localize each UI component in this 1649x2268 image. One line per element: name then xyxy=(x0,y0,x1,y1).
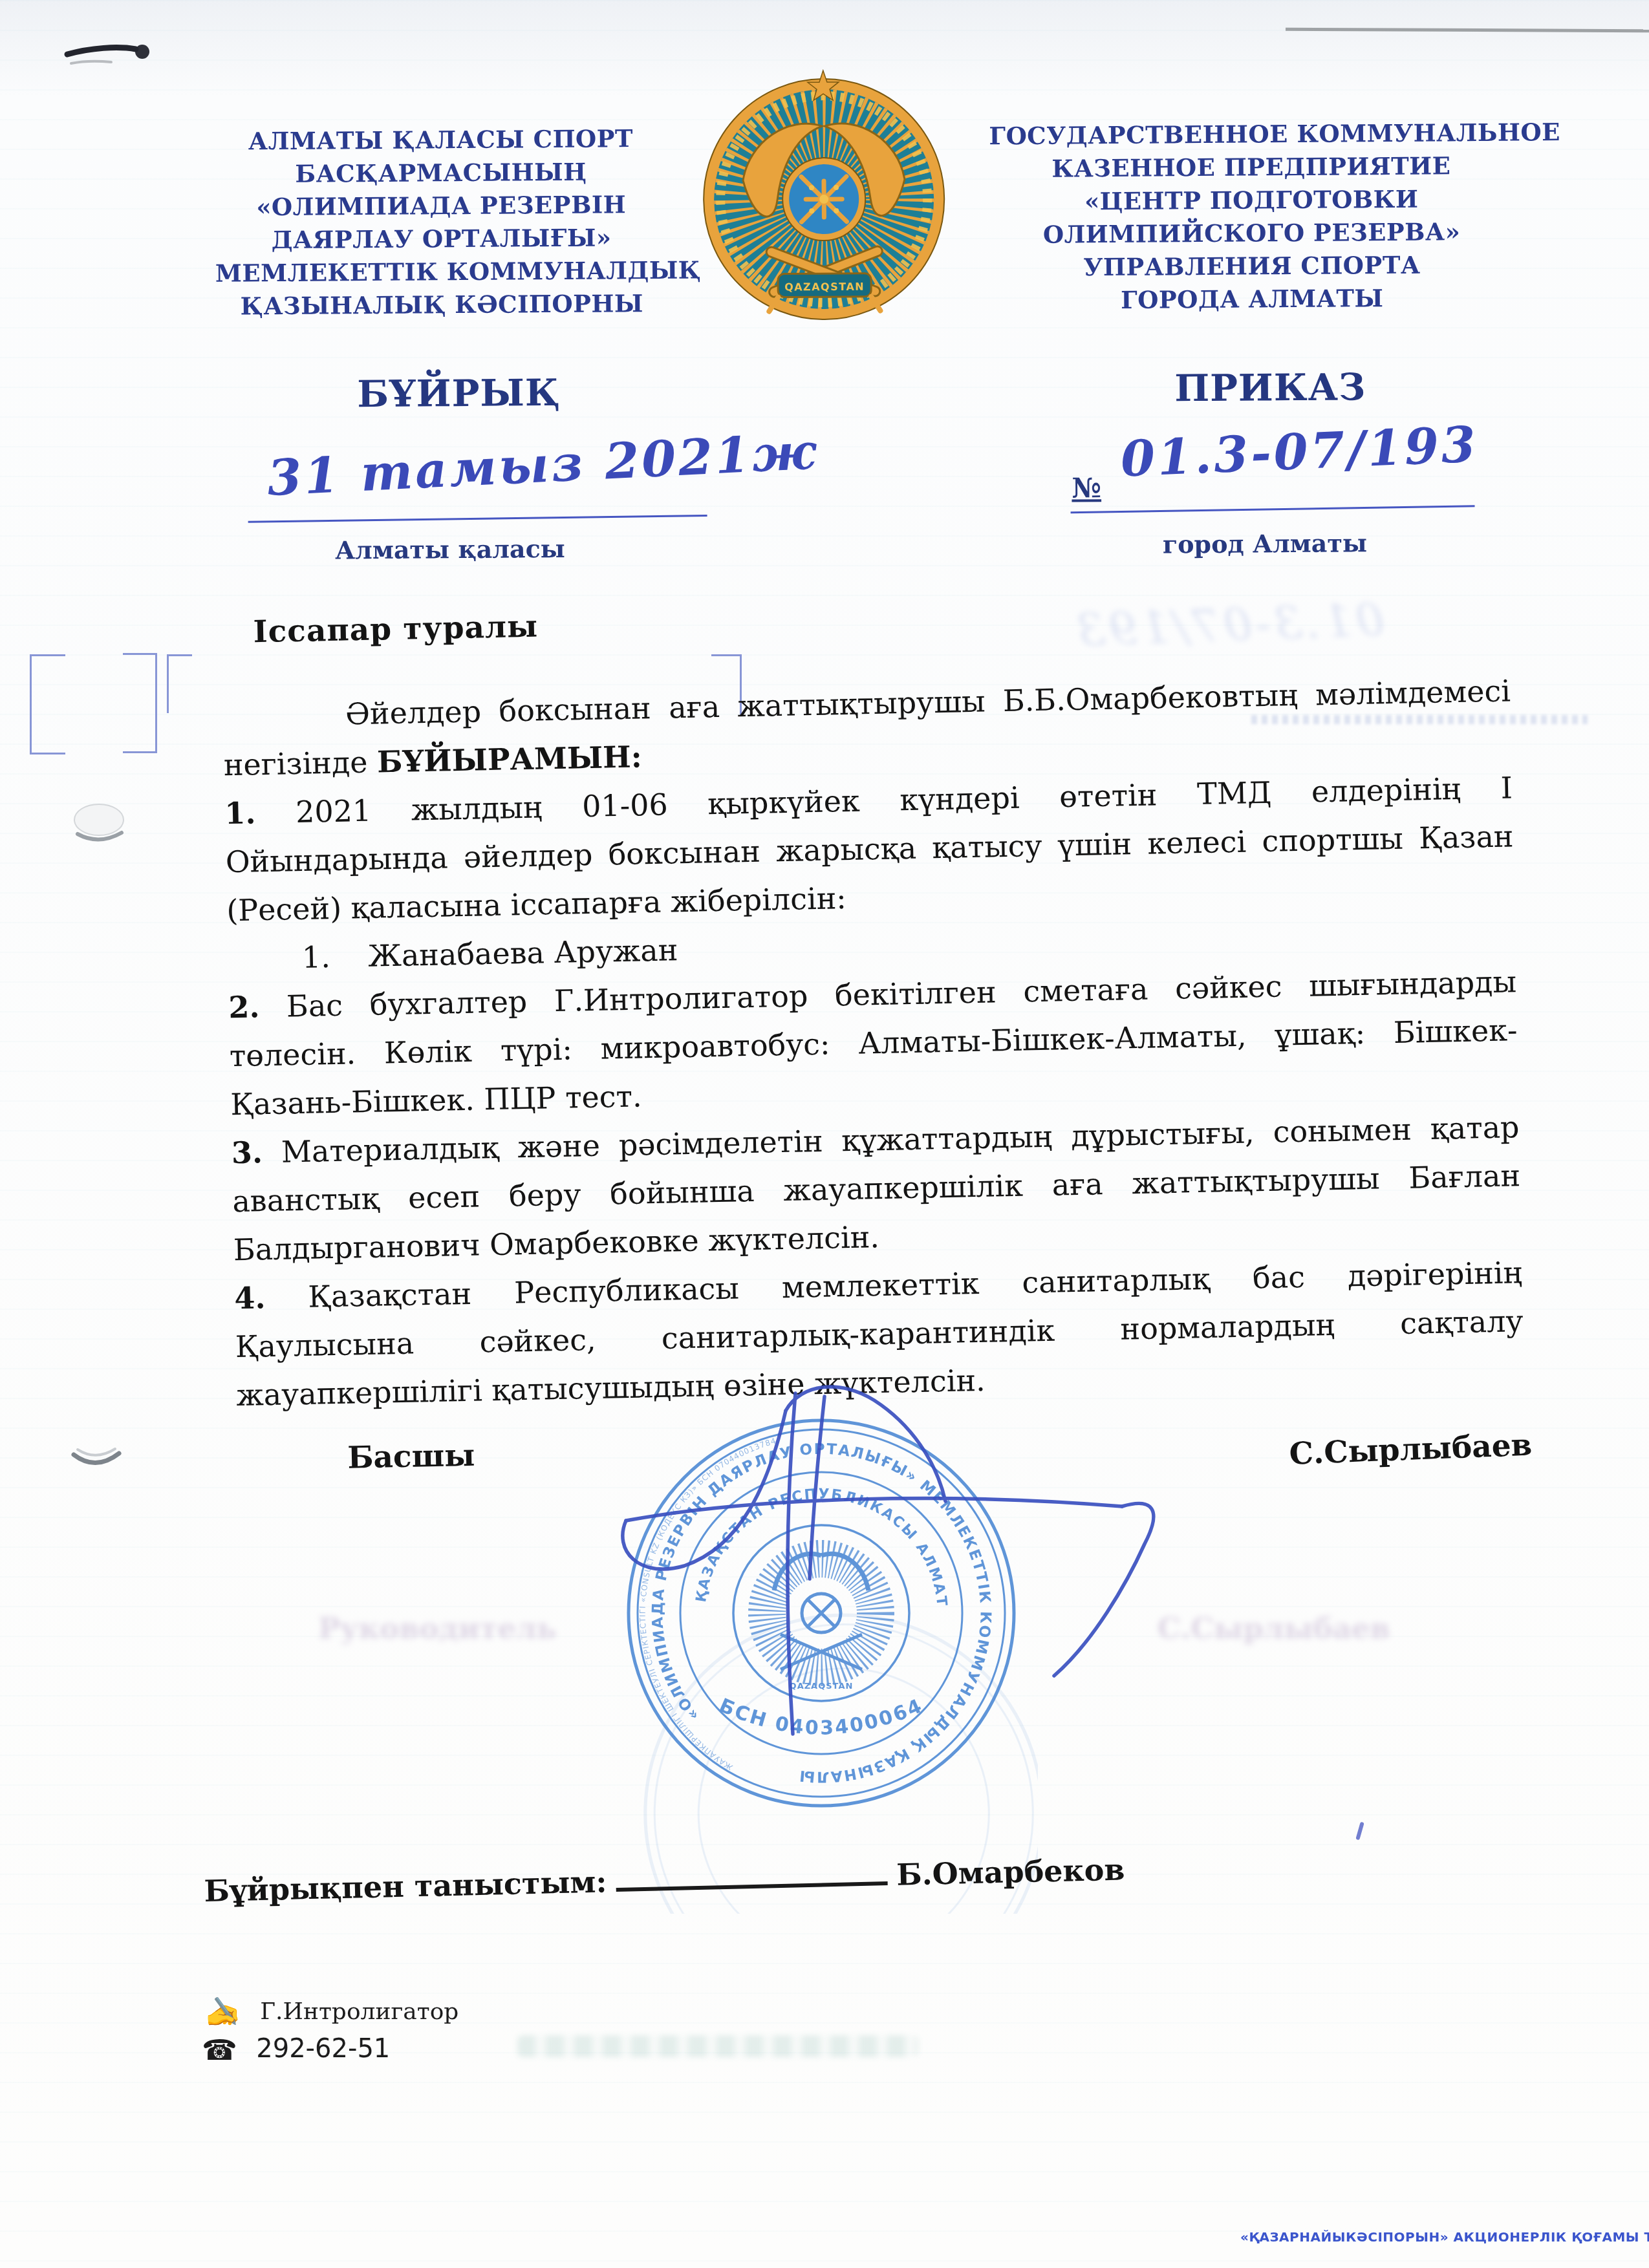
body-text: Қазань-Бішкек. ПЦР тест. xyxy=(230,1078,642,1122)
order-body: Әйелдер боксынан аға жаттықтырушы Б.Б.Ом… xyxy=(222,667,1525,1420)
body-text: Балдырганович Омарбековке жүктелсін. xyxy=(233,1219,879,1267)
scanned-order-document: АЛМАТЫ ҚАЛАСЫ СПОРТБАСҚАРМАСЫНЫҢ«ОЛИМПИА… xyxy=(0,0,1649,2268)
telephone-icon: ☎ xyxy=(202,2034,237,2067)
bleed-through-word: Руководитель xyxy=(318,1611,557,1645)
acknowledged-by-name: Б.Омарбеков xyxy=(896,1852,1125,1892)
signer-name: С.Сырлыбаев xyxy=(1289,1428,1533,1472)
pen-tick-mark xyxy=(1355,1822,1364,1841)
signature-autograph xyxy=(601,1371,1222,1771)
body-text-bold: 2. xyxy=(228,989,260,1025)
body-text-bold: 3. xyxy=(231,1135,263,1170)
form-printer-imprint: «ҚАЗАРНАЙЫКӘСІПОРЫН» АКЦИОНЕРЛІК ҚОҒАМЫ … xyxy=(1240,2229,1649,2245)
body-text-bold: БҰЙЫРАМЫН: xyxy=(377,739,643,779)
bleed-through-band xyxy=(517,2035,918,2057)
body-text-bold: 1. xyxy=(224,795,256,831)
order-body-zone: Іссапар туралы Әйелдер боксынан аға жатт… xyxy=(0,0,1649,1487)
executor-name: Г.Интролигатор xyxy=(260,1998,458,2025)
body-text: (Ресей) қаласына іссапарға жіберілсін: xyxy=(226,881,847,928)
body-text-bold: 4. xyxy=(234,1280,266,1316)
acknowledgement-signature-line xyxy=(616,1881,888,1892)
signer-position: Басшы xyxy=(347,1438,475,1476)
executor-row: ✍ Г.Интролигатор xyxy=(206,1995,458,2029)
writing-hand-icon: ✍ xyxy=(206,1995,241,2029)
phone-row: ☎ 292-62-51 xyxy=(202,2034,390,2067)
body-text: 1. Жанабаева Аружан xyxy=(301,932,678,975)
body-text: негізінде xyxy=(223,745,377,783)
acknowledgement-label: Бұйрықпен таныстым: xyxy=(204,1864,607,1909)
order-subject: Іссапар туралы xyxy=(253,608,539,650)
executor-phone: 292-62-51 xyxy=(256,2034,390,2064)
